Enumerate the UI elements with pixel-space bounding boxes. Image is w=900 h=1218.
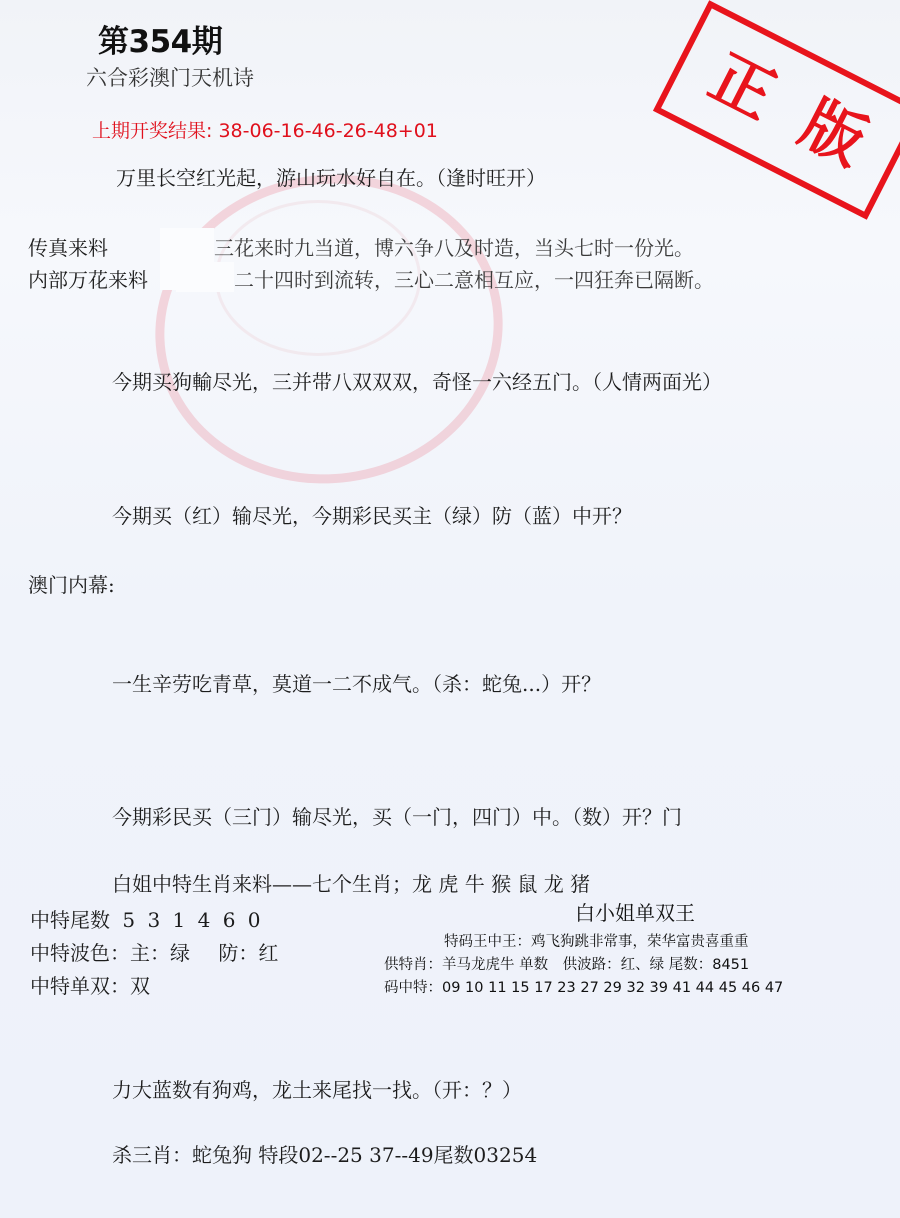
color-prediction: 今期买（红）输尽光，今期彩民买主（绿）防（蓝）中开？ (112, 500, 632, 529)
poem-line: 万里长空红光起，游山玩水好自在。（逢时旺开） (116, 162, 546, 191)
wave-guard: 防：红 (218, 941, 278, 965)
box-line-codes: 码中特：09 10 11 15 17 23 27 29 32 39 41 44 … (384, 976, 783, 997)
last-result-label: 上期开奖结果: (92, 120, 212, 142)
box-title: 白小姐单双王 (575, 897, 695, 926)
last-result: 上期开奖结果: 38-06-16-46-26-48+01 (92, 116, 438, 143)
zodiac-prediction: 白姐中特生肖来料——七个生肖；龙 虎 牛 猴 鼠 龙 猪 (112, 868, 590, 897)
riddle-line: 力大蓝数有狗鸡，龙土来尾找一找。（开：？） (112, 1074, 602, 1103)
dog-prediction: 今期买狗輸尽光，三并带八双双双，奇怪一六经五门。（人情两面光） (112, 366, 722, 395)
stamp-char-2: 版 (792, 91, 875, 174)
white-patch (176, 262, 234, 292)
insider-line: 一生辛劳吃青草，莫道一二不成气。（杀：蛇兔...）开？ (112, 668, 601, 697)
tail-value: 5 3 1 4 6 0 (122, 908, 263, 932)
wave-main: 中特波色：主：绿 (30, 941, 190, 965)
stamp-char-1: 正 (701, 45, 784, 128)
box-line-king: 特码王中王：鸡飞狗跳非常事，荣华富贵喜重重 (444, 930, 749, 951)
source-text-internal: 二十四时到流转，三心二意相互应，一四狂奔已隔断。 (234, 264, 714, 293)
door-prediction: 今期彩民买（三门）输尽光，买（一门，四门）中。（数）开？门 (112, 801, 682, 830)
kill-line: 杀三肖：蛇兔狗 特段02--25 37--49尾数03254 (112, 1139, 602, 1168)
insider-label: 澳门内幕: (28, 569, 115, 598)
source-text-fax: 三花来时九当道，博六争八及时造，当头七时一份光。 (214, 232, 694, 261)
tail-numbers: 中特尾数 5 3 1 4 6 0 (30, 904, 264, 933)
source-label-internal: 内部万花来料 (28, 264, 148, 293)
box-line-supply: 供特肖：羊马龙虎牛 单数 供波路：红、绿 尾数：8451 (384, 953, 749, 974)
last-result-value: 38-06-16-46-26-48+01 (218, 120, 437, 142)
authentic-stamp: 正 版 (653, 0, 900, 219)
page-subtitle: 六合彩澳门天机诗 (86, 62, 254, 92)
source-label-fax: 传真来料 (28, 232, 108, 261)
issue-number: 第354期 (98, 16, 222, 61)
tail-label: 中特尾数 (30, 908, 110, 932)
odd-even: 中特单双：双 (30, 970, 150, 999)
wave-color: 中特波色：主：绿 防：红 (30, 937, 278, 966)
